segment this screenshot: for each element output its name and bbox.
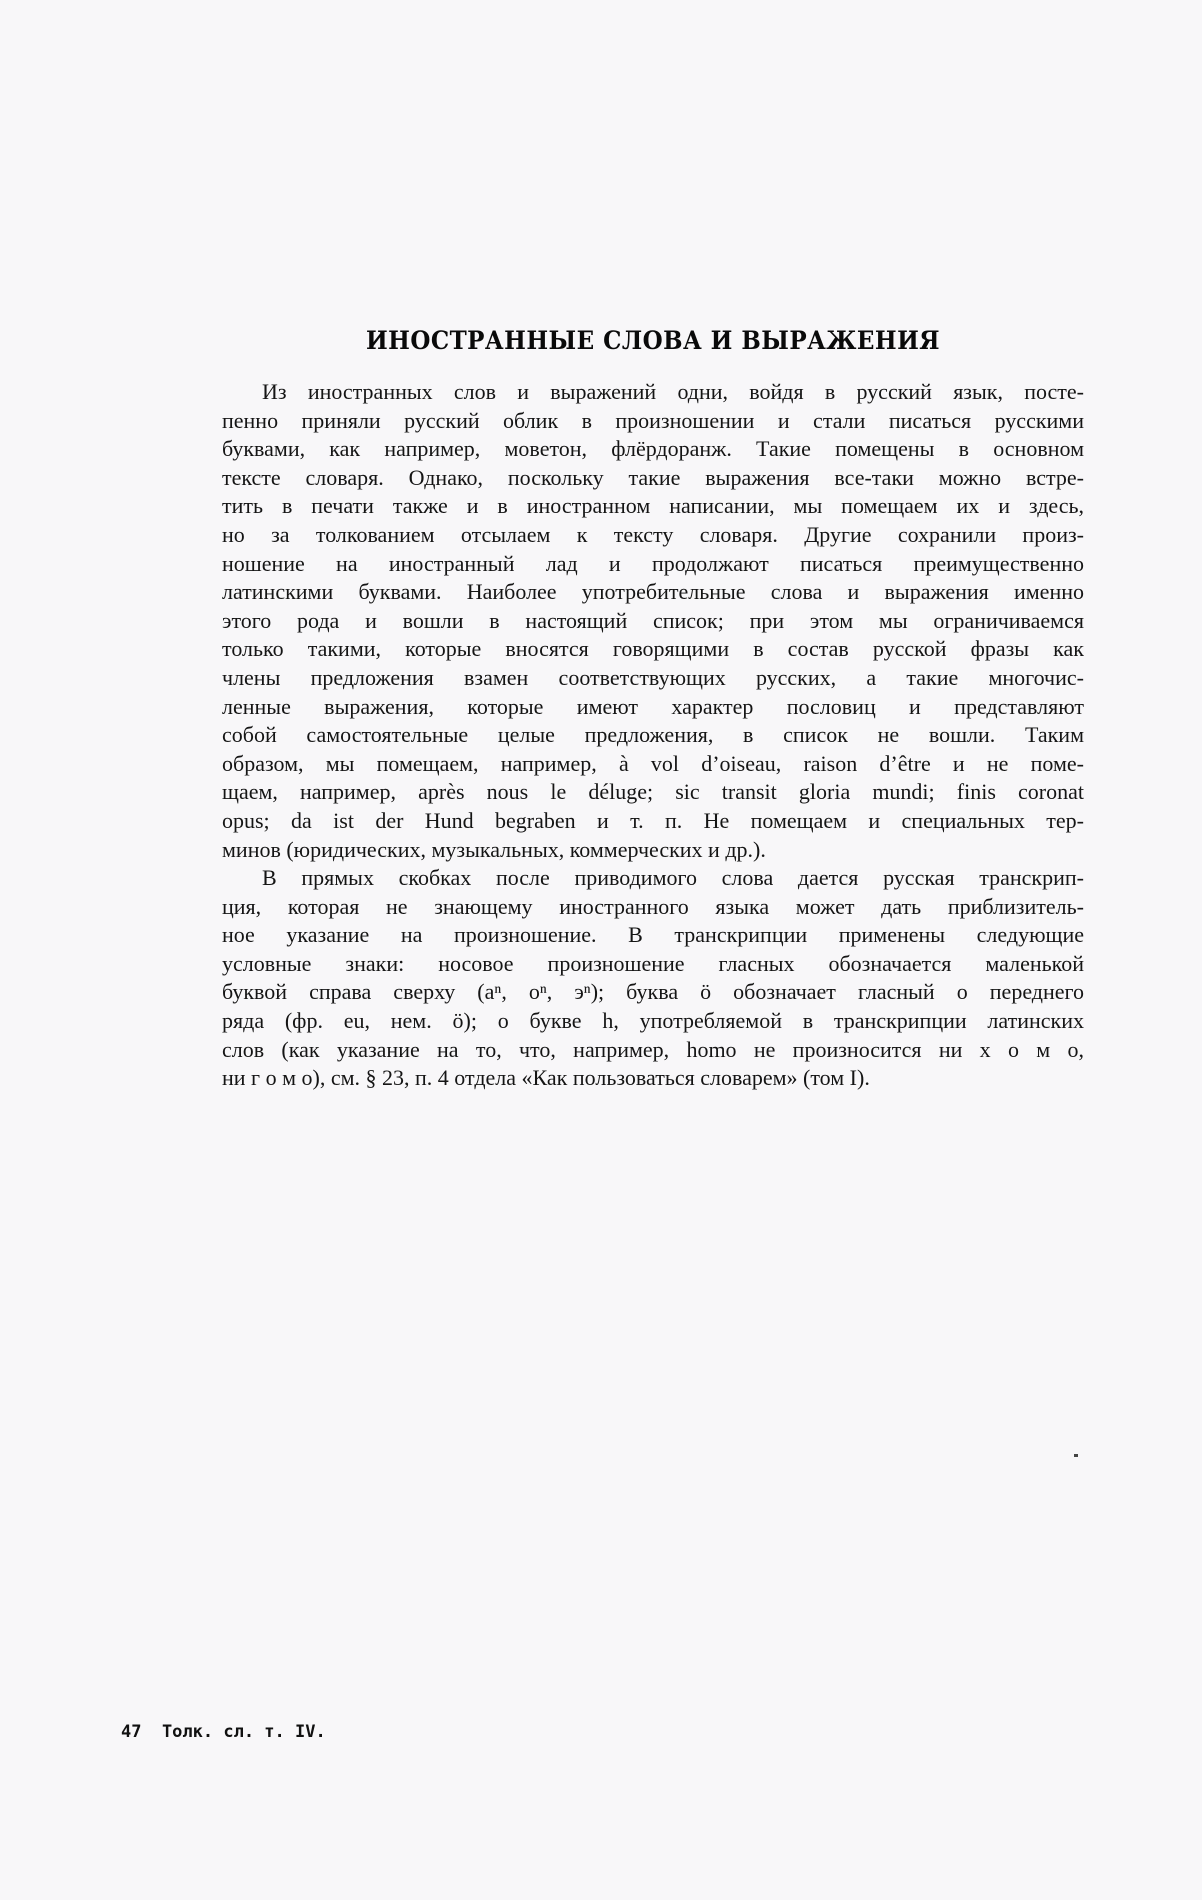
text-line: щаем, например, après nous le déluge; si… [222,778,1084,807]
text-line: условные знаки: носовое произношение гла… [222,950,1084,979]
text-line: члены предложения взамен соответствующих… [222,664,1084,693]
text-line: слов (как указание на то, что, например,… [222,1036,1084,1065]
text-line: ни г о м о), см. § 23, п. 4 отдела «Как … [222,1064,1084,1093]
text-line: но за толкованием отсылаем к тексту слов… [222,521,1084,550]
text-line: минов (юридических, музыкальных, коммерч… [222,836,1084,865]
text-line: Из иностранных слов и выражений одни, во… [222,378,1084,407]
text-line: буквой справа сверху (aⁿ, oⁿ, эⁿ); буква… [222,978,1084,1007]
text-line: буквами, как например, моветон, флёрдора… [222,435,1084,464]
text-line: латинскими буквами. Наиболее употребител… [222,578,1084,607]
scan-artifact [1074,1454,1078,1457]
text-line: только такими, которые вносятся говорящи… [222,635,1084,664]
text-line: тить в печати также и в иностранном напи… [222,492,1084,521]
text-line: ряда (фр. eu, нем. ӧ); о букве h, употре… [222,1007,1084,1036]
page-title: ИНОСТРАННЫЕ СЛОВА И ВЫРАЖЕНИЯ [256,326,1049,355]
text-line: пенно приняли русский облик в произношен… [222,407,1084,436]
text-line: ношение на иностранный лад и продолжают … [222,550,1084,579]
document-page: ИНОСТРАННЫЕ СЛОВА И ВЫРАЖЕНИЯ Из иностра… [0,0,1202,1900]
text-line: этого рода и вошли в настоящий список; п… [222,607,1084,636]
text-line: В прямых скобках после приводимого слова… [222,864,1084,893]
text-line: opus; da ist der Hund begraben и т. п. Н… [222,807,1084,836]
paragraph-1: Из иностранных слов и выражений одни, во… [222,378,1084,864]
text-line: ция, которая не знающему иностранного яз… [222,893,1084,922]
text-line: тексте словаря. Однако, поскольку такие … [222,464,1084,493]
paragraph-2: В прямых скобках после приводимого слова… [222,864,1084,1093]
text-line: собой самостоятельные целые предложения,… [222,721,1084,750]
text-line: образом, мы помещаем, например, à vol d’… [222,750,1084,779]
text-line: ленные выражения, которые имеют характер… [222,693,1084,722]
body-text: Из иностранных слов и выражений одни, во… [222,378,1084,1093]
page-footer-signature: 47 Толк. сл. т. IV. [121,1722,326,1742]
text-line: ное указание на произношение. В транскри… [222,921,1084,950]
